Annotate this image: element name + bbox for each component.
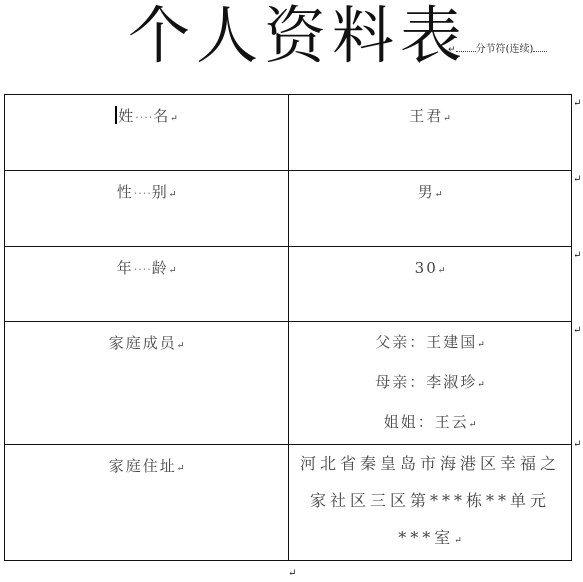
table-row-address: 家庭住址↵ 河北省秦皇岛市海港区幸福之家社区三区第***栋**单元***室↵ [5,445,572,561]
value-text: 30 [415,259,438,277]
cell-value-name[interactable]: 王君↵ [289,95,572,171]
space-marks: ···· [135,111,153,124]
section-break-label: 分节符(连续) [476,44,534,55]
text-cursor [115,106,117,124]
family-member-father: 父亲：王建国 [375,333,477,351]
label-text: 名 [153,107,170,125]
row-end-mark-icon: ↵ [573,98,581,109]
label-text: 家庭住址 [109,457,177,475]
family-member-mother: 母亲：李淑珍 [375,373,477,391]
row-end-mark-icon: ↵ [573,325,581,336]
cell-value-age[interactable]: 30↵ [289,247,572,322]
cell-value-family[interactable]: 父亲：王建国↵ 母亲：李淑珍↵ 姐姐：王云↵ [289,322,572,445]
paragraph-mark-icon: ↵ [170,114,178,124]
cell-label-gender[interactable]: 性····别↵ [5,171,289,247]
table-row-name: 姓····名↵ 王君↵ [5,95,572,171]
paragraph-mark-icon: ↵ [477,340,485,350]
space-marks: ···· [134,263,152,276]
paragraph-mark-icon: ↵ [438,266,446,276]
paragraph-mark-icon: ↵ [469,420,477,430]
row-end-mark-icon: ↵ [573,174,581,185]
label-text: 别 [152,183,169,201]
value-text: 王君 [409,107,443,125]
space-marks: ···· [134,187,152,200]
profile-table: 姓····名↵ 王君↵ 性····别↵ 男↵ 年····龄↵ 30↵ 家庭成员↵… [4,94,572,561]
paragraph-mark-icon: ↵ [169,190,177,200]
table-row-gender: 性····别↵ 男↵ [5,171,572,247]
label-text: 龄 [152,259,169,277]
value-text: 男 [418,183,435,201]
cell-label-address[interactable]: 家庭住址↵ [5,445,289,561]
paragraph-mark-icon: ↵ [169,266,177,276]
paragraph-mark-icon: ↵ [477,380,485,390]
paragraph-mark-icon: ↵ [177,341,185,351]
label-text: 家庭成员 [109,334,177,352]
paragraph-mark-icon: ↵ [443,114,451,124]
document-title[interactable]: 个人资料表 [128,0,468,76]
cell-label-age[interactable]: 年····龄↵ [5,247,289,322]
section-break-marker: ↵分节符(连续) [448,40,547,55]
cell-label-family[interactable]: 家庭成员↵ [5,322,289,445]
table-row-age: 年····龄↵ 30↵ [5,247,572,322]
paragraph-mark-icon: ↵ [435,190,443,200]
cell-label-name[interactable]: 姓····名↵ [5,95,289,171]
table-row-family: 家庭成员↵ 父亲：王建国↵ 母亲：李淑珍↵ 姐姐：王云↵ [5,322,572,445]
row-end-mark-icon: ↵ [573,439,581,450]
family-member-sister: 姐姐：王云 [384,413,469,431]
paragraph-mark-icon: ↵ [448,45,456,55]
address-text: 河北省秦皇岛市海港区幸福之家社区三区第***栋**单元***室 [300,454,560,547]
cell-value-gender[interactable]: 男↵ [289,171,572,247]
paragraph-mark-icon: ↵ [177,464,185,474]
label-text: 姓 [118,107,135,125]
label-text: 年 [117,259,134,277]
cell-value-address[interactable]: 河北省秦皇岛市海港区幸福之家社区三区第***栋**单元***室↵ [289,445,572,561]
row-end-mark-icon: ↵ [573,250,581,261]
paragraph-mark-icon: ↵ [454,536,462,546]
label-text: 性 [117,183,134,201]
paragraph-mark-icon: ↵ [288,568,296,579]
